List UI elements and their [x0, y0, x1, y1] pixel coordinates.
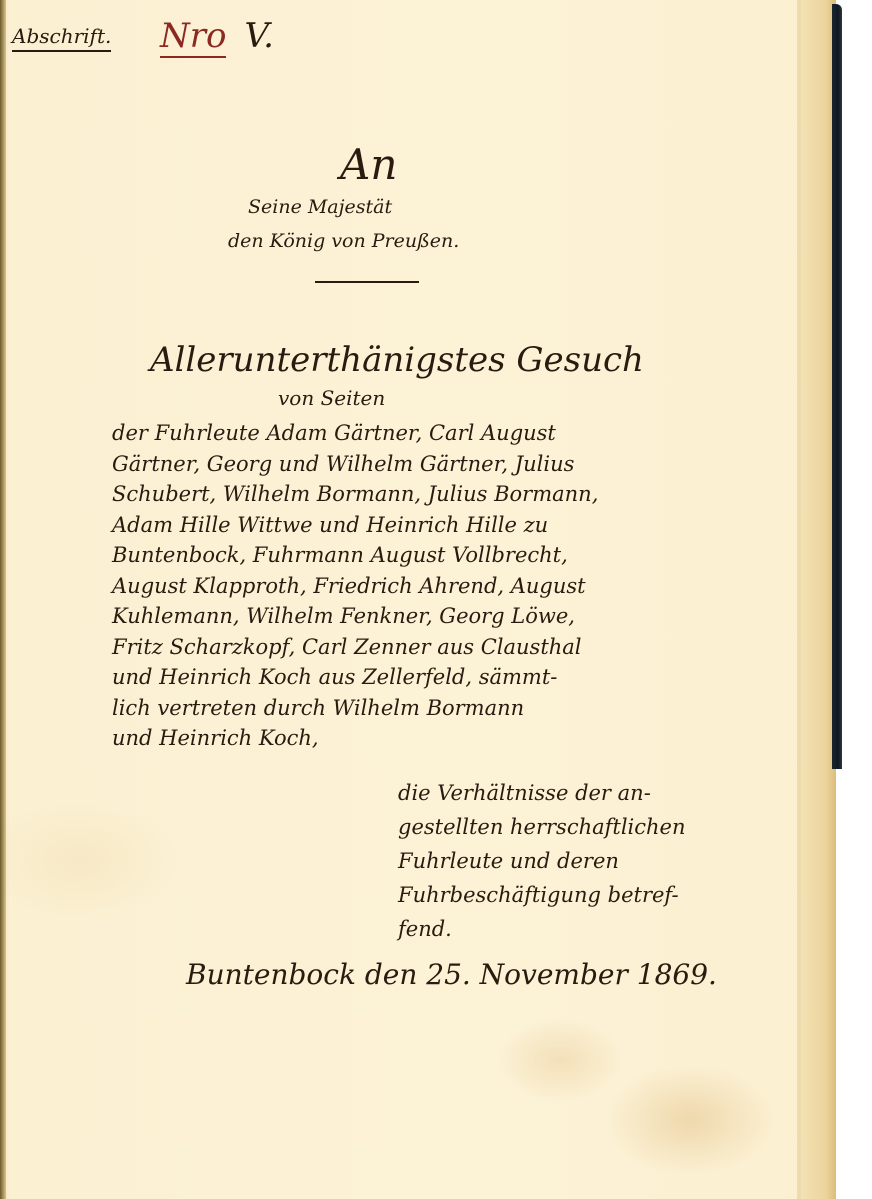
- petitioners-list: der Fuhrleute Adam Gärtner, Carl August …: [112, 418, 802, 754]
- place-and-date: Buntenbock den 25. November 1869.: [186, 958, 717, 991]
- body-line: Buntenbock, Fuhrmann August Vollbrecht,: [112, 540, 802, 571]
- subject-line: fend.: [398, 912, 798, 946]
- petition-subtitle: von Seiten: [278, 386, 385, 410]
- address-line-2: den König von Preußen.: [228, 230, 459, 252]
- body-line: der Fuhrleute Adam Gärtner, Carl August: [112, 418, 802, 449]
- body-line: Adam Hille Wittwe und Heinrich Hille zu: [112, 510, 802, 541]
- subject-line: Fuhrbeschäftigung betref-: [398, 878, 798, 912]
- body-line: und Heinrich Koch,: [112, 723, 802, 754]
- address-salutation: An: [340, 140, 397, 189]
- body-line: Gärtner, Georg und Wilhelm Gärtner, Juli…: [112, 449, 802, 480]
- subject-line: die Verhältnisse der an-: [398, 776, 798, 810]
- body-line: August Klapproth, Friedrich Ahrend, Augu…: [112, 571, 802, 602]
- petition-title: Allerunterthänigstes Gesuch: [150, 340, 644, 380]
- page-edge-strip: [801, 0, 836, 1199]
- body-line: lich vertreten durch Wilhelm Bormann: [112, 693, 802, 724]
- book-binding-edge: [832, 4, 842, 769]
- manuscript-page: Abschrift. NroV. An Seine Majestät den K…: [0, 0, 836, 1199]
- body-line: Fritz Scharzkopf, Carl Zenner aus Claust…: [112, 632, 802, 663]
- petition-subject: die Verhältnisse der an- gestellten herr…: [398, 776, 798, 946]
- body-line: und Heinrich Koch aus Zellerfeld, sämmt-: [112, 662, 802, 693]
- subject-line: gestellten herrschaftlichen: [398, 810, 798, 844]
- document-number: NroV.: [160, 16, 274, 56]
- address-line-1: Seine Majestät: [248, 196, 392, 218]
- spine-shadow: [0, 0, 6, 1199]
- divider-rule: [315, 281, 419, 283]
- number-value: V.: [244, 16, 273, 56]
- body-line: Schubert, Wilhelm Bormann, Julius Borman…: [112, 479, 802, 510]
- number-label: Nro: [160, 16, 226, 58]
- subject-line: Fuhrleute und deren: [398, 844, 798, 878]
- body-line: Kuhlemann, Wilhelm Fenkner, Georg Löwe,: [112, 601, 802, 632]
- copy-mark: Abschrift.: [12, 24, 111, 52]
